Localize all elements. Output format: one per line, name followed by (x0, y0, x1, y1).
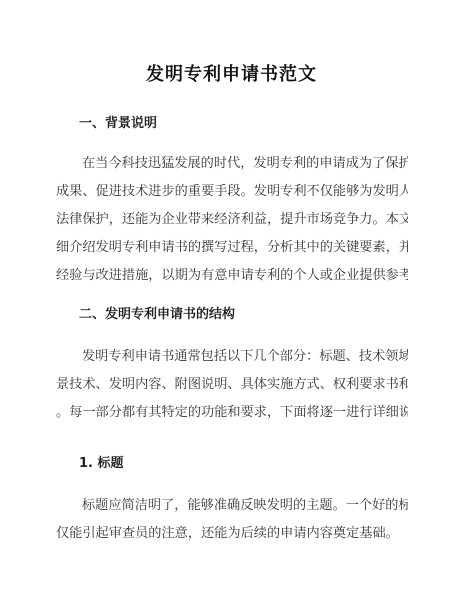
paragraph-line: 标题应简洁明了，能够准确反映发明的主题。一个好的标题不 (56, 492, 408, 520)
paragraph-line: 成果、促进技术进步的重要手段。发明专利不仅能够为发明人提供 (56, 178, 408, 206)
section-heading-background: 一、背景说明 (79, 112, 157, 131)
paragraph-line: 法律保护，还能为企业带来经济利益，提升市场竞争力。本文将详 (56, 206, 408, 234)
section-paragraph-title: 标题应简洁明了，能够准确反映发明的主题。一个好的标题不 仅能引起审查员的注意，还… (56, 492, 408, 548)
section-heading-title: 1. 标题 (79, 452, 124, 471)
section-heading-structure: 二、发明专利申请书的结构 (79, 303, 235, 322)
document-title: 发明专利申请书范文 (0, 60, 463, 86)
paragraph-line: 细介绍发明专利申请书的撰写过程，分析其中的关键要素，并总结 (56, 234, 408, 262)
paragraph-line: 仅能引起审查员的注意，还能为后续的申请内容奠定基础。 (56, 520, 408, 548)
paragraph-line: 在当今科技迅猛发展的时代，发明专利的申请成为了保护创新 (56, 150, 408, 178)
paragraph-line: 。每一部分都有其特定的功能和要求，下面将逐一进行详细说明。 (56, 399, 408, 427)
section-paragraph-background: 在当今科技迅猛发展的时代，发明专利的申请成为了保护创新 成果、促进技术进步的重要… (56, 150, 408, 290)
paragraph-line: 发明专利申请书通常包括以下几个部分：标题、技术领域、背 (56, 343, 408, 371)
paragraph-line: 景技术、发明内容、附图说明、具体实施方式、权利要求书和摘要 (56, 371, 408, 399)
document-page: 发明专利申请书范文 一、背景说明 在当今科技迅猛发展的时代，发明专利的申请成为了… (0, 0, 463, 600)
paragraph-line: 经验与改进措施，以期为有意申请专利的个人或企业提供参考。 (56, 262, 408, 290)
section-paragraph-structure: 发明专利申请书通常包括以下几个部分：标题、技术领域、背 景技术、发明内容、附图说… (56, 343, 408, 427)
